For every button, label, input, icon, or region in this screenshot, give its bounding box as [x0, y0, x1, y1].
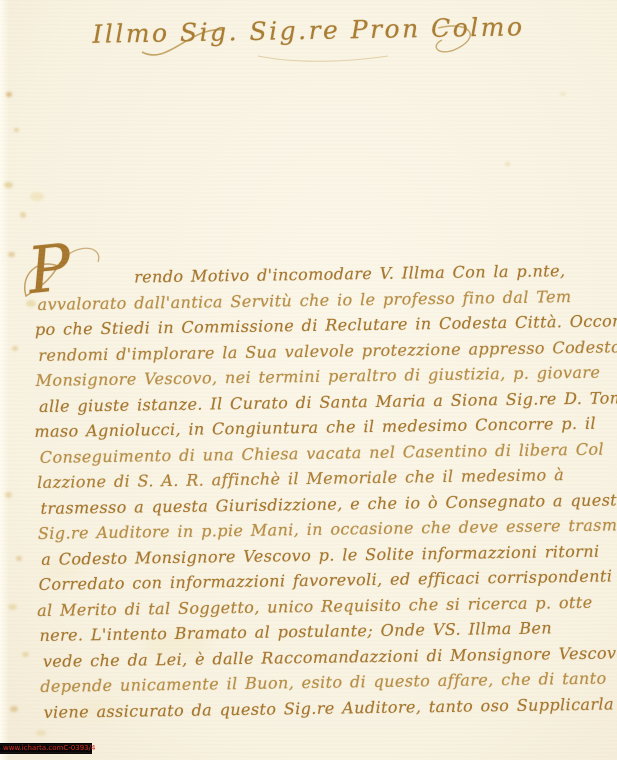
watermark-code: C-0393/4 — [63, 743, 95, 754]
manuscript-scan: Illmo Sig. Sig.re Pron Colmo P rendo Mot… — [0, 0, 617, 760]
foxing-spot — [8, 252, 15, 257]
foxing-spot — [5, 492, 12, 498]
foxing-spot — [16, 556, 22, 561]
foxing-spot — [22, 652, 29, 657]
foxing-spot — [10, 706, 18, 712]
foxing-spot — [20, 212, 26, 218]
foxing-spot — [14, 128, 19, 132]
foxing-spot — [36, 730, 46, 736]
watermark-site: www.icharta.com — [3, 743, 63, 754]
foxing-spot — [12, 346, 18, 351]
foxing-spot — [4, 182, 13, 188]
watermark-bar: www.icharta.com C-0393/4 — [0, 743, 92, 754]
foxing-spot — [8, 604, 17, 610]
foxing-spot — [560, 92, 566, 96]
foxing-spot — [6, 92, 12, 97]
letter-heading: Illmo Sig. Sig.re Pron Colmo — [0, 11, 617, 51]
foxing-spot — [505, 162, 510, 166]
foxing-spot — [30, 192, 44, 201]
letter-body: rendo Motivo d'incomodare V. Illma Con l… — [34, 258, 607, 725]
